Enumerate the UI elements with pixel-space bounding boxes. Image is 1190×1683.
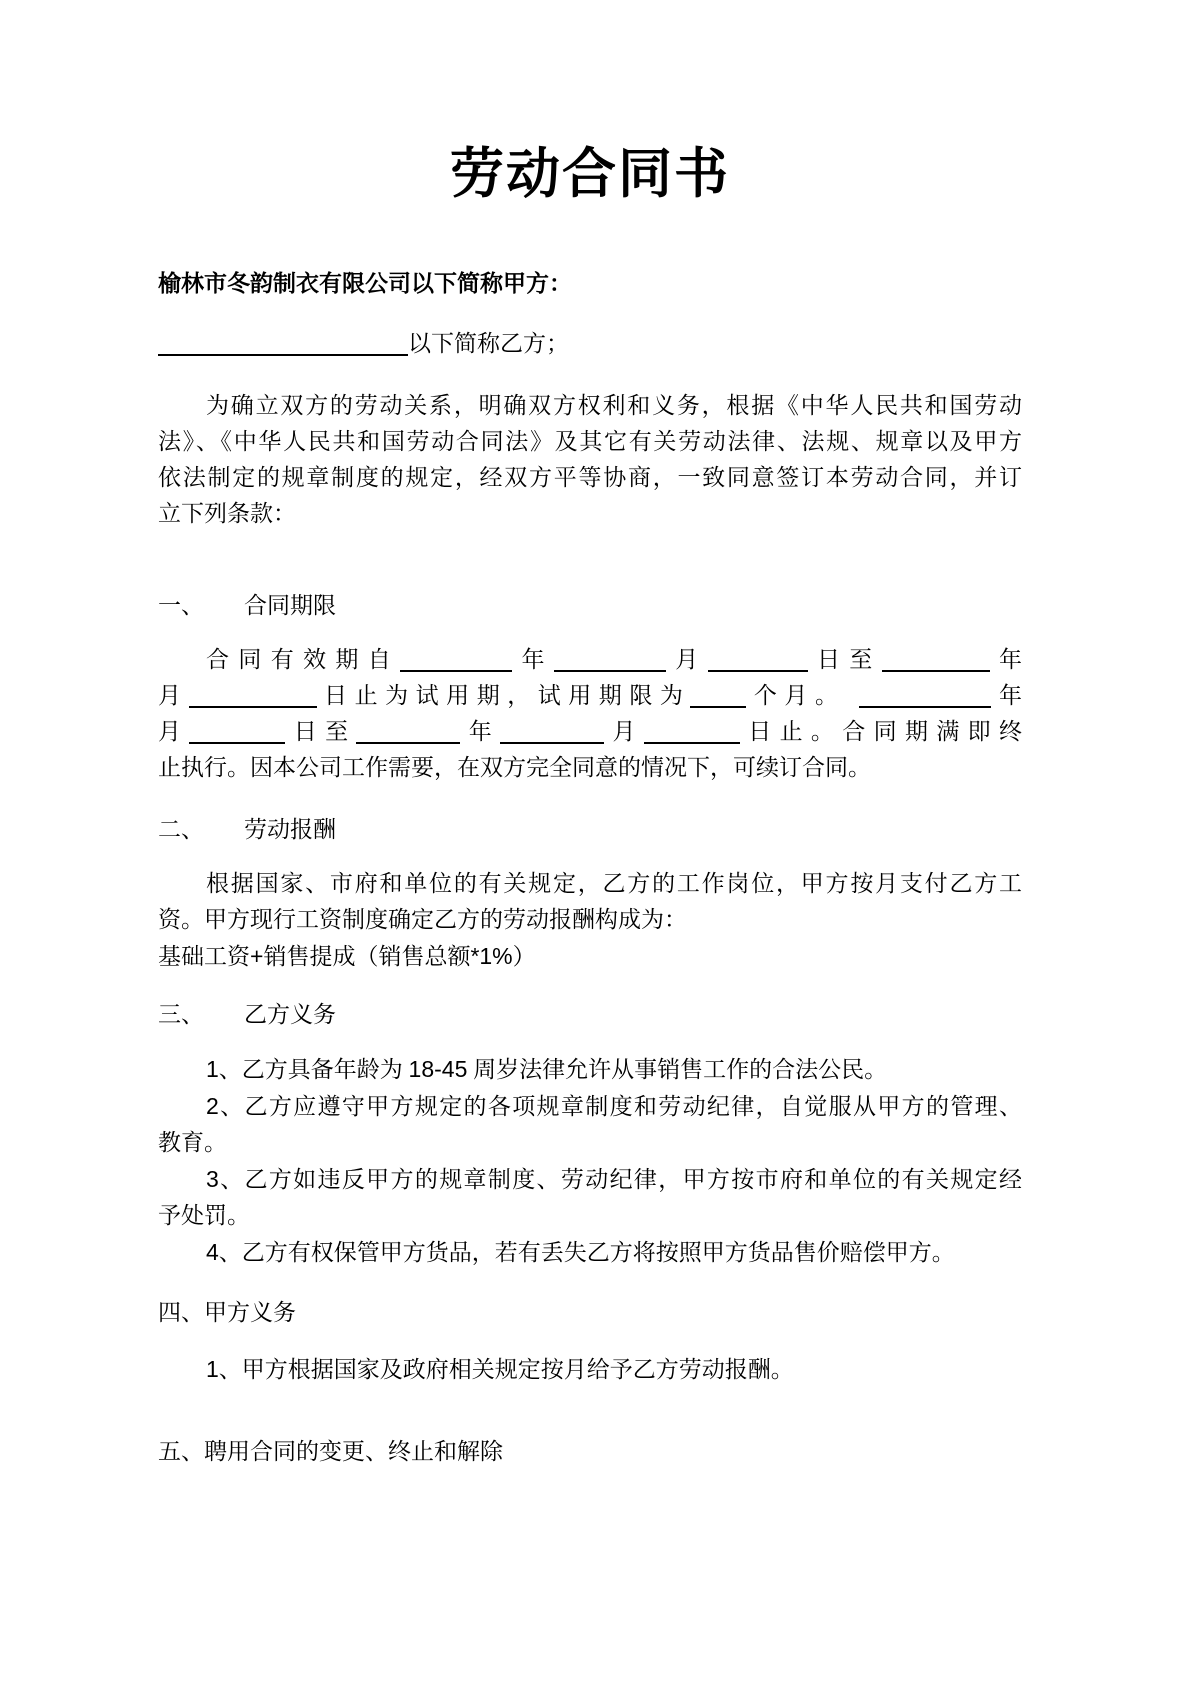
document-page: 劳动合同书 榆林市冬韵制衣有限公司以下简称甲方：以下简称乙方；为确立双方的劳动关…	[0, 0, 1190, 1683]
latin-text: 1	[206, 1356, 219, 1382]
tab-space	[204, 836, 244, 837]
cjk-text: 周岁法律允许从事销售工作的合法公民。	[467, 1057, 887, 1082]
cjk-text: 个月。	[746, 683, 845, 708]
text-line: 止执行。因本公司工作需要，在双方完全同意的情况下，可续订合同。	[158, 750, 1022, 786]
text-line: 基础工资+销售提成（销售总额*1%）	[158, 938, 1022, 975]
text-line: 予处罚。	[158, 1198, 1022, 1234]
cjk-text: 为确立双方的劳动关系，明确双方权利和义务，根据《中华人民共和国劳动	[206, 393, 1022, 418]
text-line: 1、甲方根据国家及政府相关规定按月给予乙方劳动报酬。	[158, 1351, 1022, 1388]
latin-text: *1%	[470, 943, 512, 969]
cjk-text: 、乙方如违反甲方的规章制度、劳动纪律，甲方按市府和单位的有关规定经	[219, 1167, 1022, 1192]
cjk-text: ）	[513, 944, 536, 969]
text-line: 教育。	[158, 1125, 1022, 1161]
cjk-text: 予处罚。	[158, 1203, 250, 1228]
cjk-text: 三、	[158, 1002, 204, 1027]
contract-period-paragraph: 合同有效期自年月日至年月日止为试用期，试用期限为个月。年月日至年月日止。合同期满…	[158, 642, 1022, 786]
cjk-text: 、乙方有权保管甲方货品，若有丢失乙方将按照甲方货品售价赔偿甲方。	[219, 1240, 955, 1265]
section-2-heading: 二、劳动报酬	[158, 812, 1022, 848]
blank-underline	[708, 646, 808, 672]
text-line: 3、乙方如违反甲方的规章制度、劳动纪律，甲方按市府和单位的有关规定经	[158, 1161, 1022, 1198]
tab-space	[204, 1021, 244, 1022]
cjk-text: 年	[990, 647, 1022, 672]
cjk-text: 日止。合同期满即终	[740, 719, 1022, 744]
blank-underline	[554, 646, 666, 672]
blank-underline	[690, 682, 746, 708]
remuneration-paragraph: 根据国家、市府和单位的有关规定，乙方的工作岗位，甲方按月支付乙方工资。甲方现行工…	[158, 866, 1022, 975]
latin-text: 18-45	[409, 1056, 468, 1082]
blank-underline	[356, 718, 460, 744]
party-a-obligations: 1、甲方根据国家及政府相关规定按月给予乙方劳动报酬。	[158, 1351, 1022, 1388]
cjk-text: 合同有效期自	[206, 647, 400, 672]
cjk-text: 止执行。因本公司工作需要，在双方完全同意的情况下，可续订合同。	[158, 755, 871, 780]
text-line: 立下列条款：	[158, 496, 1022, 532]
cjk-text: 资。甲方现行工资制度确定乙方的劳动报酬构成为：	[158, 907, 687, 932]
text-line: 月日止为试用期，试用期限为个月。年	[158, 678, 1022, 714]
section-4-heading: 四、甲方义务	[158, 1295, 1022, 1331]
cjk-text: 法》、《中华人民共和国劳动合同法》及其它有关劳动法律、法规、规章以及甲方	[158, 429, 1022, 454]
cjk-text: 以下简称乙方；	[408, 331, 569, 356]
cjk-text: 、乙方具备年龄为	[219, 1057, 409, 1082]
blank-underline	[644, 718, 740, 744]
cjk-text: 根据国家、市府和单位的有关规定，乙方的工作岗位，甲方按月支付乙方工	[206, 871, 1022, 896]
cjk-text: 年	[991, 683, 1022, 708]
text-line: 根据国家、市府和单位的有关规定，乙方的工作岗位，甲方按月支付乙方工	[158, 866, 1022, 902]
cjk-text: 乙方义务	[244, 1002, 336, 1027]
cjk-text: 一、	[158, 593, 204, 618]
cjk-text: 年	[512, 647, 554, 672]
text-line: 资。甲方现行工资制度确定乙方的劳动报酬构成为：	[158, 902, 1022, 938]
cjk-text: 销售提成（销售总额	[263, 944, 470, 969]
latin-text: 1	[206, 1056, 219, 1082]
section-1-heading: 一、合同期限	[158, 588, 1022, 624]
tab-space	[845, 702, 859, 703]
cjk-text: 年	[460, 719, 500, 744]
cjk-text: 日止为试用期，试用期限为	[317, 683, 691, 708]
party-a-line: 榆林市冬韵制衣有限公司以下简称甲方：	[158, 266, 1022, 302]
tab-space	[204, 612, 244, 613]
latin-text: 2	[206, 1093, 219, 1119]
latin-text: +	[250, 943, 263, 969]
party-b-line: 以下简称乙方；	[158, 326, 1022, 362]
text-line: 1、乙方具备年龄为 18-45 周岁法律允许从事销售工作的合法公民。	[158, 1051, 1022, 1088]
cjk-text: 月	[604, 719, 644, 744]
party-b-obligations: 1、乙方具备年龄为 18-45 周岁法律允许从事销售工作的合法公民。2、乙方应遵…	[158, 1051, 1022, 1271]
blank-underline	[500, 718, 604, 744]
text-line: 4、乙方有权保管甲方货品，若有丢失乙方将按照甲方货品售价赔偿甲方。	[158, 1234, 1022, 1271]
cjk-text: 月	[158, 683, 189, 708]
cjk-text: 月	[666, 647, 708, 672]
cjk-text: 基础工资	[158, 944, 250, 969]
cjk-text: 榆林市冬韵制衣有限公司以下简称甲方：	[158, 271, 572, 296]
latin-text: 4	[206, 1239, 219, 1265]
cjk-text: 日至	[285, 719, 356, 744]
document-body: 榆林市冬韵制衣有限公司以下简称甲方：以下简称乙方；为确立双方的劳动关系，明确双方…	[158, 266, 1022, 1470]
cjk-text: 二、	[158, 817, 204, 842]
cjk-text: 、乙方应遵守甲方规定的各项规章制度和劳动纪律，自觉服从甲方的管理、	[219, 1094, 1022, 1119]
section-3-heading: 三、乙方义务	[158, 997, 1022, 1033]
cjk-text: 教育。	[158, 1130, 227, 1155]
cjk-text: 日至	[808, 647, 882, 672]
blank-underline	[189, 682, 317, 708]
document-title: 劳动合同书	[158, 128, 1022, 220]
section-5-heading: 五、聘用合同的变更、终止和解除	[158, 1434, 1022, 1470]
text-line: 月日至年月日止。合同期满即终	[158, 714, 1022, 750]
cjk-text: 、甲方根据国家及政府相关规定按月给予乙方劳动报酬。	[219, 1357, 794, 1382]
text-line: 依法制定的规章制度的规定，经双方平等协商，一致同意签订本劳动合同，并订	[158, 460, 1022, 496]
cjk-text: 依法制定的规章制度的规定，经双方平等协商，一致同意签订本劳动合同，并订	[158, 465, 1022, 490]
blank-underline	[400, 646, 512, 672]
preamble-paragraph: 为确立双方的劳动关系，明确双方权利和义务，根据《中华人民共和国劳动法》、《中华人…	[158, 388, 1022, 532]
blank-underline	[859, 682, 991, 708]
cjk-text: 劳动报酬	[244, 817, 336, 842]
text-line: 合同有效期自年月日至年	[158, 642, 1022, 678]
blank-underline	[189, 718, 285, 744]
cjk-text: 五、聘用合同的变更、终止和解除	[158, 1439, 503, 1464]
cjk-text: 立下列条款：	[158, 501, 296, 526]
blank-underline	[158, 330, 408, 356]
text-line: 2、乙方应遵守甲方规定的各项规章制度和劳动纪律，自觉服从甲方的管理、	[158, 1088, 1022, 1125]
blank-underline	[882, 646, 990, 672]
cjk-text: 四、甲方义务	[158, 1300, 296, 1325]
latin-text: 3	[206, 1166, 219, 1192]
cjk-text: 合同期限	[244, 593, 336, 618]
text-line: 为确立双方的劳动关系，明确双方权利和义务，根据《中华人民共和国劳动	[158, 388, 1022, 424]
cjk-text: 月	[158, 719, 189, 744]
text-line: 法》、《中华人民共和国劳动合同法》及其它有关劳动法律、法规、规章以及甲方	[158, 424, 1022, 460]
